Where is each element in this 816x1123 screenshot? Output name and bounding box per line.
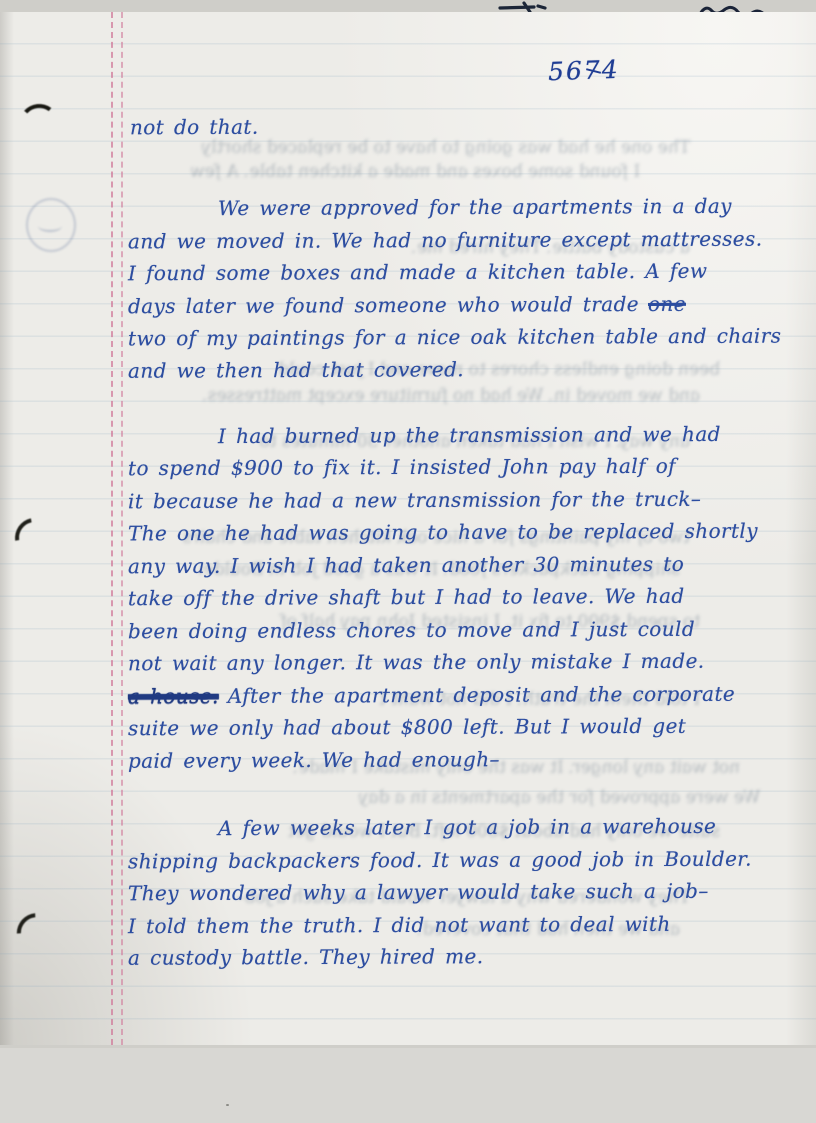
handwritten-line: two of my paintings for a nice oak kitch…: [128, 321, 781, 354]
handwritten-line: days later we found someone who would tr…: [128, 289, 686, 321]
margin-doodle-circle: [26, 198, 76, 252]
handwritten-line: paid every week. We had enough–: [128, 744, 500, 776]
handwritten-line: any way. I wish I had taken another 30 m…: [128, 549, 684, 581]
handwritten-line: They wondered why a lawyer would take su…: [128, 876, 709, 909]
scanner-background: [0, 1048, 816, 1123]
handwritten-line: a house.After the apartment deposit and …: [128, 679, 735, 712]
handwritten-line: We were approved for the apartments in a…: [218, 191, 732, 223]
handwritten-line: A few weeks later I got a job in a wareh…: [218, 811, 716, 843]
scribbled-out-words: a house.: [128, 684, 219, 708]
dust-speck: [226, 1104, 229, 1106]
pink-margin-line: [111, 12, 123, 1045]
handwritten-line: The one he had was going to have to be r…: [128, 516, 758, 549]
handwritten-line: suite we only had about $800 left. But I…: [128, 711, 686, 743]
handwritten-line: and we then had that covered.: [128, 354, 464, 385]
handwritten-line: I had burned up the transmission and we …: [218, 419, 721, 451]
handwritten-line: not wait any longer. It was the only mis…: [128, 646, 705, 679]
handwritten-line: I told them the truth. I did not want to…: [128, 909, 671, 941]
dash-ink-mark: [500, 3, 545, 12]
handwritten-line: I found some boxes and made a kitchen ta…: [128, 256, 708, 289]
page-number: 5674: [548, 55, 621, 86]
handwritten-line: been doing endless chores to move and I …: [128, 614, 695, 646]
handwritten-text: days later we found someone who would tr…: [128, 292, 639, 318]
handwritten-line: take off the drive shaft but I had to le…: [128, 581, 685, 613]
handwritten-line: shipping backpackers food. It was a good…: [128, 844, 752, 877]
handwritten-line: and we moved in. We had no furniture exc…: [128, 224, 763, 257]
handwritten-line: not do that.: [130, 112, 259, 143]
bleedthrough-text: We were approved for the apartments in a…: [108, 788, 762, 808]
handwritten-line: to spend $900 to fix it. I insisted John…: [128, 451, 676, 483]
paper-sheet: The one he had was going to have to be r…: [0, 12, 816, 1045]
handwritten-line: it because he had a new transmission for…: [128, 484, 701, 517]
bleedthrough-text: and we moved in. We had no furniture exc…: [128, 386, 702, 406]
scanned-document-page: The one he had was going to have to be r…: [0, 0, 816, 1123]
handwritten-text: After the apartment deposit and the corp…: [228, 682, 735, 708]
handwritten-line: a custody battle. They hired me.: [128, 941, 484, 973]
bleedthrough-text: I found some boxes and made a kitchen ta…: [138, 162, 642, 182]
struck-word: one: [648, 292, 686, 316]
